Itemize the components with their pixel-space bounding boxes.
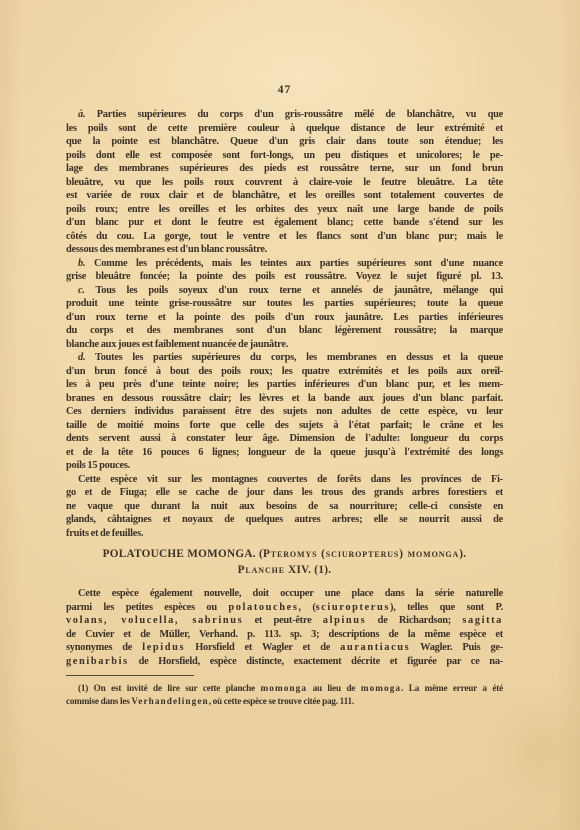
text-line: grise bleuâtre foncée; la pointe des poi… bbox=[66, 270, 503, 284]
text-line: et de la tête 16 pouces 6 lignes; longue… bbox=[66, 446, 503, 460]
footnote: (1) On est invité de lire sur cette plan… bbox=[66, 675, 503, 707]
text-block: à. Parties supérieures du corps d'un gri… bbox=[66, 108, 503, 668]
text-line: Cette espèce vit sur les montagnes couve… bbox=[66, 473, 503, 487]
text-line: ne vaque que durant la nuit aux besoins … bbox=[66, 500, 503, 514]
text-line: d'un brun foncé à bout des poils roux; l… bbox=[66, 365, 503, 379]
footnote-text: (1) On est invité de lire sur cette plan… bbox=[66, 682, 503, 707]
text-line: fruits et de feuilles. bbox=[66, 527, 503, 541]
text-line: du corps et des membranes sont d'un blan… bbox=[66, 324, 503, 338]
paper-specks bbox=[0, 0, 1, 1]
text-line: commise dans les Verhandelingen, où cett… bbox=[66, 695, 503, 708]
text-line: les à peu près d'une teinte noire; les p… bbox=[66, 378, 503, 392]
text-line: b. Comme les précédents, mais les teinte… bbox=[66, 257, 503, 271]
text-line: synonymes de lepidus Horsfield et Wagler… bbox=[66, 641, 503, 655]
text-line: volans, volucella, sabrinus et peut-être… bbox=[66, 614, 503, 628]
text-line: go et de Fiuga; elle se cache de jour da… bbox=[66, 486, 503, 500]
text-line: poils dont elle est composée sont fort-l… bbox=[66, 149, 503, 163]
text-line: dessous des membranes est d'un blanc rou… bbox=[66, 243, 503, 257]
text-line: les poils sont de cette première couleur… bbox=[66, 122, 503, 136]
text-line: bleuâtre, vu que les poils roux couvrent… bbox=[66, 176, 503, 190]
paragraph: c. Tous les poils soyeux d'un roux terne… bbox=[66, 284, 503, 352]
text-line: Planche XIV. (1). bbox=[66, 563, 503, 579]
text-line: produit une teinte grise-roussâtre sur t… bbox=[66, 297, 503, 311]
paragraph: b. Comme les précédents, mais les teinte… bbox=[66, 257, 503, 284]
text-line: parmi les petites espèces ou polatouches… bbox=[66, 601, 503, 615]
text-line: d'un roux terne et la pointe des poils d… bbox=[66, 311, 503, 325]
page-number: 47 bbox=[66, 84, 503, 97]
text-line: c. Tous les poils soyeux d'un roux terne… bbox=[66, 284, 503, 298]
text-line: POLATOUCHE MOMONGA. (Pteromys (sciuropte… bbox=[66, 547, 503, 563]
paragraph: Cette espèce également nouvelle, doit oc… bbox=[66, 587, 503, 668]
text-line: lage des membranes supérieures des pieds… bbox=[66, 162, 503, 176]
paragraph: à. Parties supérieures du corps d'un gri… bbox=[66, 108, 503, 257]
text-line: taille de moitié moins forte que celle d… bbox=[66, 419, 503, 433]
text-line: Cette espèce également nouvelle, doit oc… bbox=[66, 587, 503, 601]
page-content: 47 à. Parties supérieures du corps d'un … bbox=[66, 84, 503, 707]
text-line: est variée de roux clair et de blanchâtr… bbox=[66, 189, 503, 203]
text-line: d'un blanc pur et dont le feutre est éga… bbox=[66, 216, 503, 230]
text-line: dents servent aussi à constater leur âge… bbox=[66, 432, 503, 446]
text-line: d. Toutes les parties supérieures du cor… bbox=[66, 351, 503, 365]
text-line: glands, câhtaignes et noyaux de quelques… bbox=[66, 513, 503, 527]
text-line: de Cuvier et de Müller, Verhand. p. 113.… bbox=[66, 628, 503, 642]
text-line: Ces derniers individus paraissent être d… bbox=[66, 405, 503, 419]
book-page-scan: 47 à. Parties supérieures du corps d'un … bbox=[0, 0, 580, 830]
text-line: (1) On est invité de lire sur cette plan… bbox=[66, 682, 503, 695]
text-line: blanche aux joues est faiblement nuancée… bbox=[66, 338, 503, 352]
paragraph: d. Toutes les parties supérieures du cor… bbox=[66, 351, 503, 473]
text-line: poils roux; entre les oreilles et les or… bbox=[66, 203, 503, 217]
text-line: branes en dessous roussâtre clair; les l… bbox=[66, 392, 503, 406]
text-line: poils 15 pouces. bbox=[66, 459, 503, 473]
text-line: côtés du cou. La gorge, tout le ventre e… bbox=[66, 230, 503, 244]
text-line: genibarbis de Horsfield, espèce distinct… bbox=[66, 655, 503, 669]
text-line: à. Parties supérieures du corps d'un gri… bbox=[66, 108, 503, 122]
paragraph: Cette espèce vit sur les montagnes couve… bbox=[66, 473, 503, 541]
section-heading: POLATOUCHE MOMONGA. (Pteromys (sciuropte… bbox=[66, 547, 503, 578]
footnote-rule bbox=[66, 675, 194, 676]
text-line: que la pointe est blanchâtre. Queue d'un… bbox=[66, 135, 503, 149]
